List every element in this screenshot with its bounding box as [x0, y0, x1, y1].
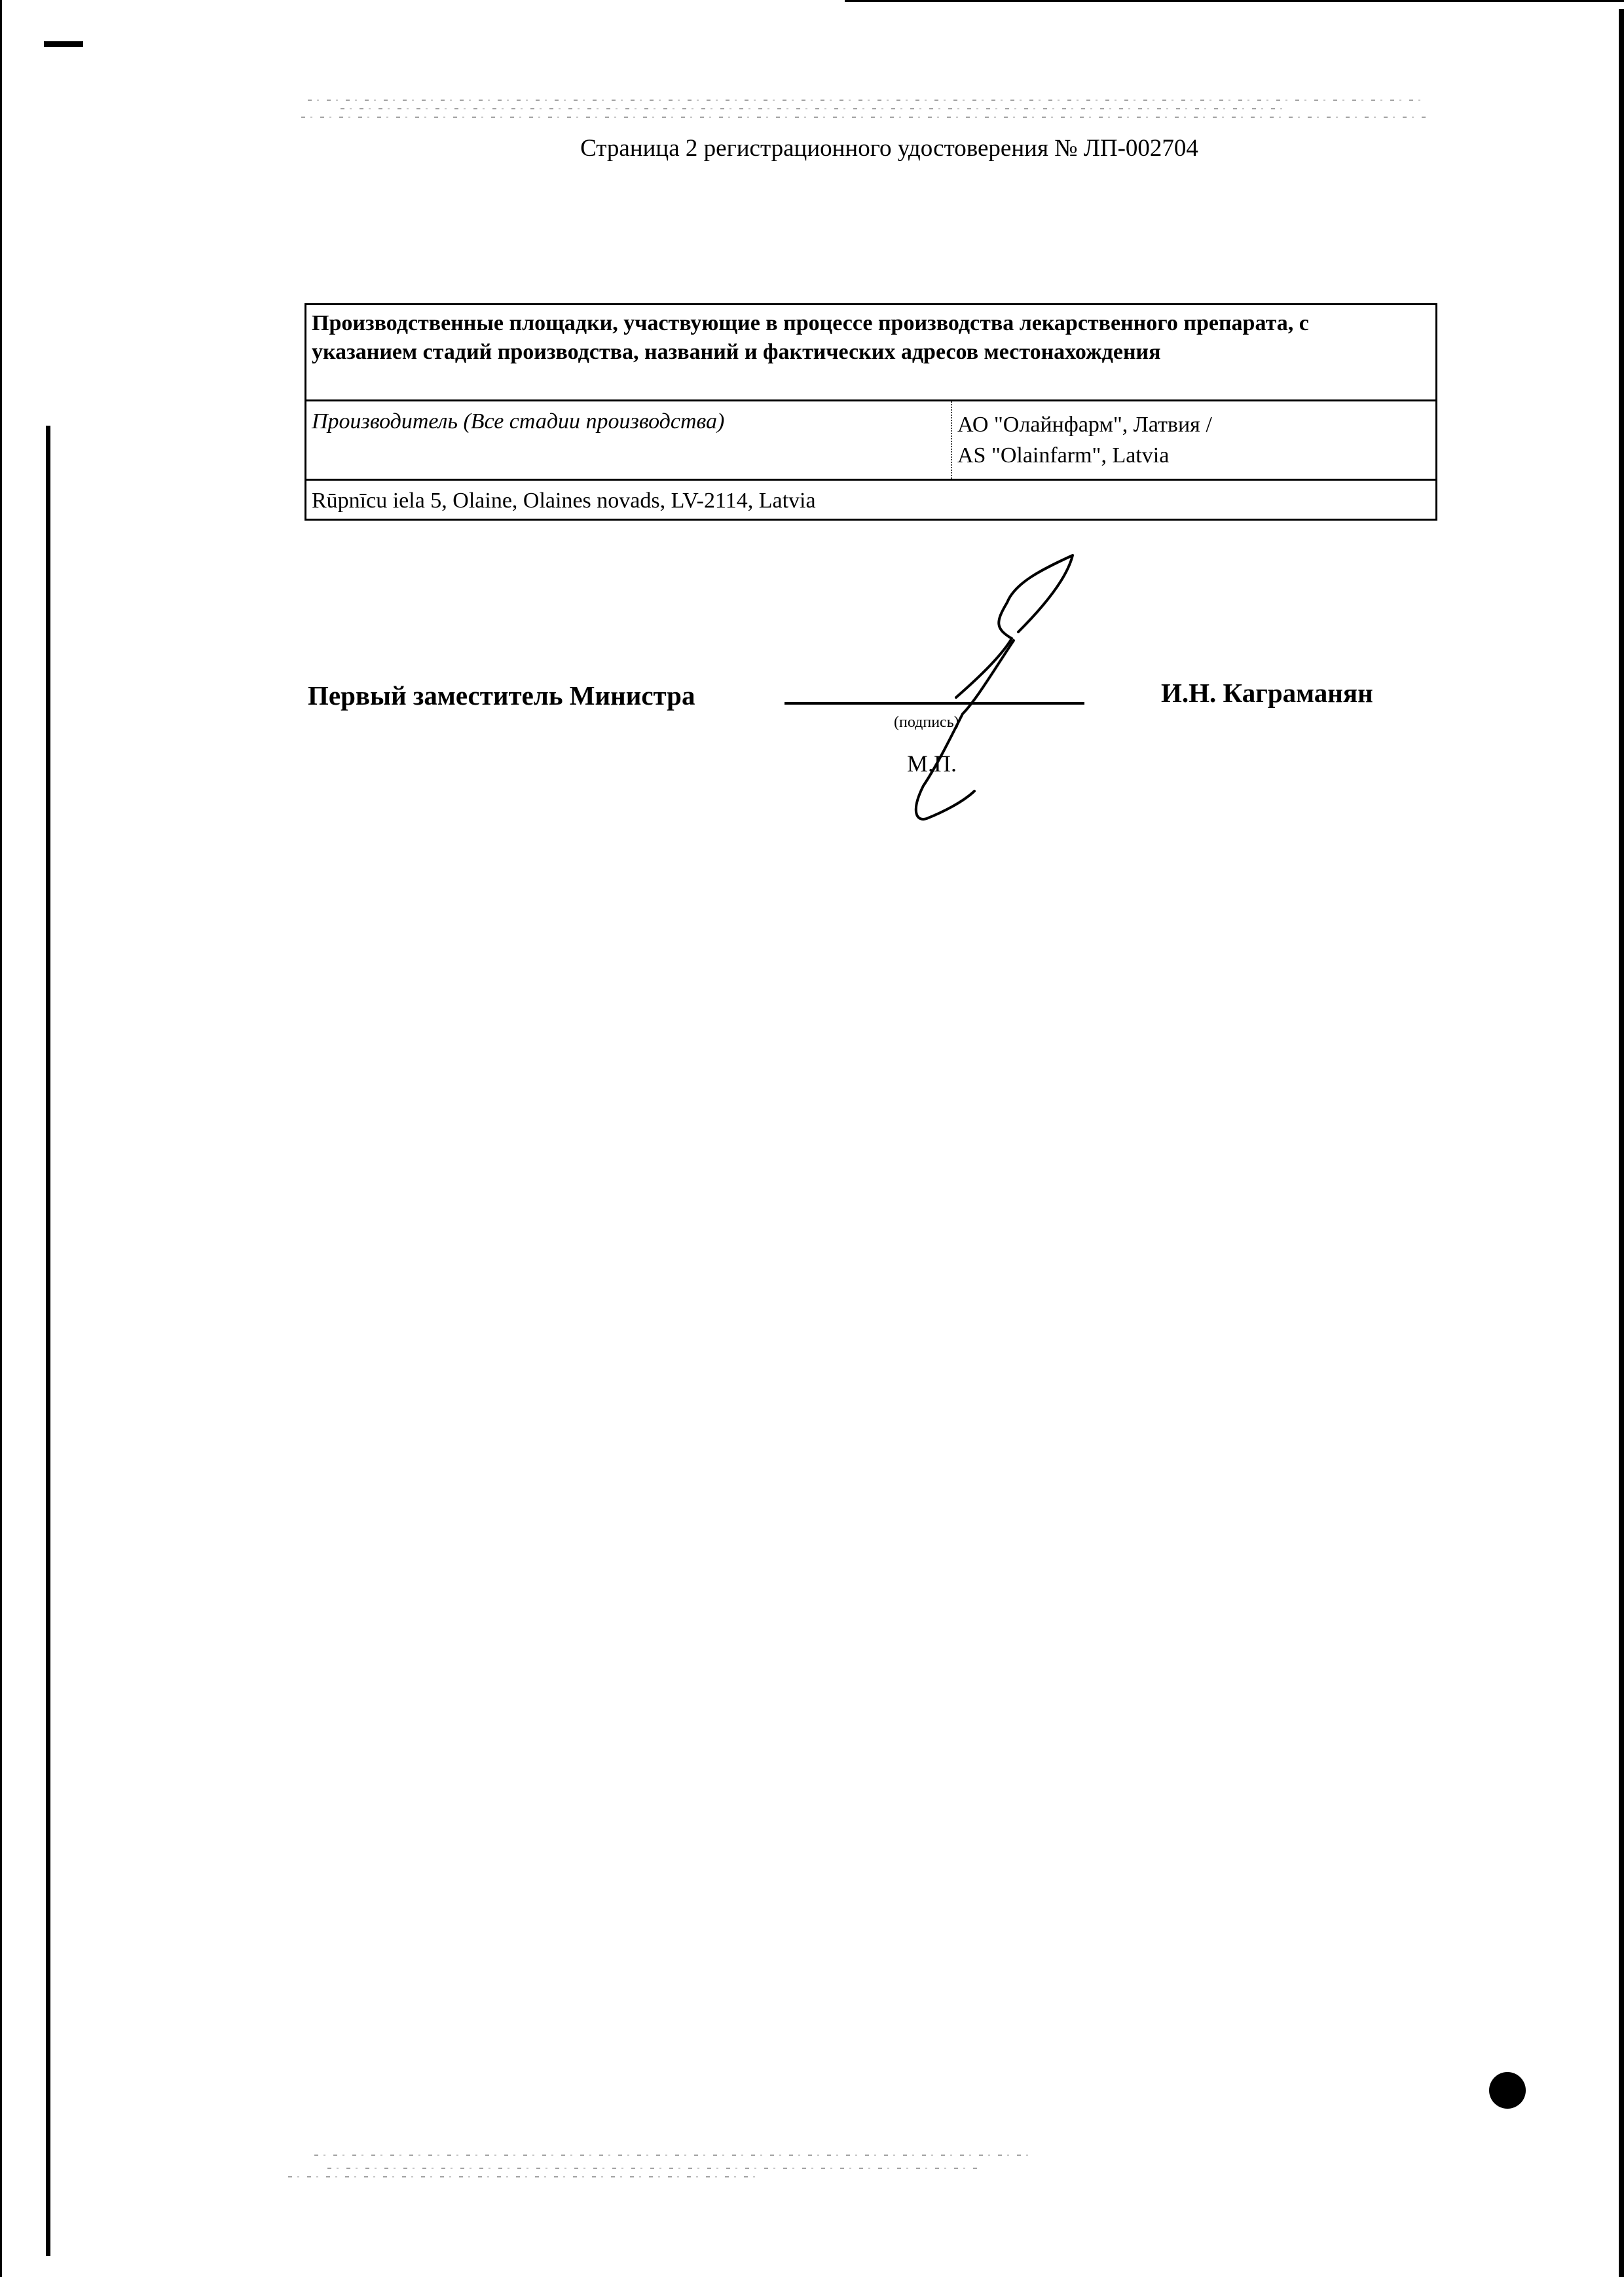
manufacturer-name-cell: АО "Олайнфарм", Латвия / AS "Olainfarm",…	[952, 401, 1435, 479]
manufacturer-row: Производитель (Все стадии производства) …	[306, 401, 1435, 481]
manufacturer-role: Производитель (Все стадии производства)	[312, 409, 724, 434]
punch-hole-mark	[1489, 2072, 1526, 2109]
scan-edge-bar-left	[46, 426, 50, 2256]
manufacturer-name-en: AS "Olainfarm", Latvia	[957, 440, 1430, 471]
bleed-through-noise	[314, 2155, 1035, 2156]
page-header-text: Страница 2 регистрационного удостоверени…	[580, 135, 1198, 162]
bleed-through-noise	[327, 2168, 982, 2169]
table-heading: Производственные площадки, участвующие в…	[312, 309, 1392, 367]
manufacturer-name-ru: АО "Олайнфарм", Латвия /	[957, 409, 1430, 440]
table-heading-row: Производственные площадки, участвующие в…	[306, 305, 1435, 401]
signer-name: И.Н. Каграманян	[1161, 677, 1373, 709]
handwritten-signature	[891, 544, 1113, 832]
scan-edge-top	[845, 0, 1624, 2]
address-row: Rūpnīcu iela 5, Olaine, Olaines novads, …	[306, 481, 1435, 521]
bleed-through-noise	[308, 100, 1421, 101]
site-address: Rūpnīcu iela 5, Olaine, Olaines novads, …	[312, 489, 816, 513]
scan-edge-left	[0, 0, 2, 2277]
manufacturer-role-cell: Производитель (Все стадии производства)	[306, 401, 952, 479]
bleed-through-noise	[301, 117, 1428, 118]
page-header: Страница 2 регистрационного удостоверени…	[0, 134, 1624, 162]
signer-title: Первый заместитель Министра	[308, 680, 695, 711]
scan-corner-mark	[44, 41, 83, 47]
scan-edge-bar-right	[1619, 9, 1624, 2277]
production-sites-table: Производственные площадки, участвующие в…	[304, 303, 1437, 521]
bleed-through-noise	[288, 2176, 760, 2177]
bleed-through-noise	[341, 108, 1290, 109]
